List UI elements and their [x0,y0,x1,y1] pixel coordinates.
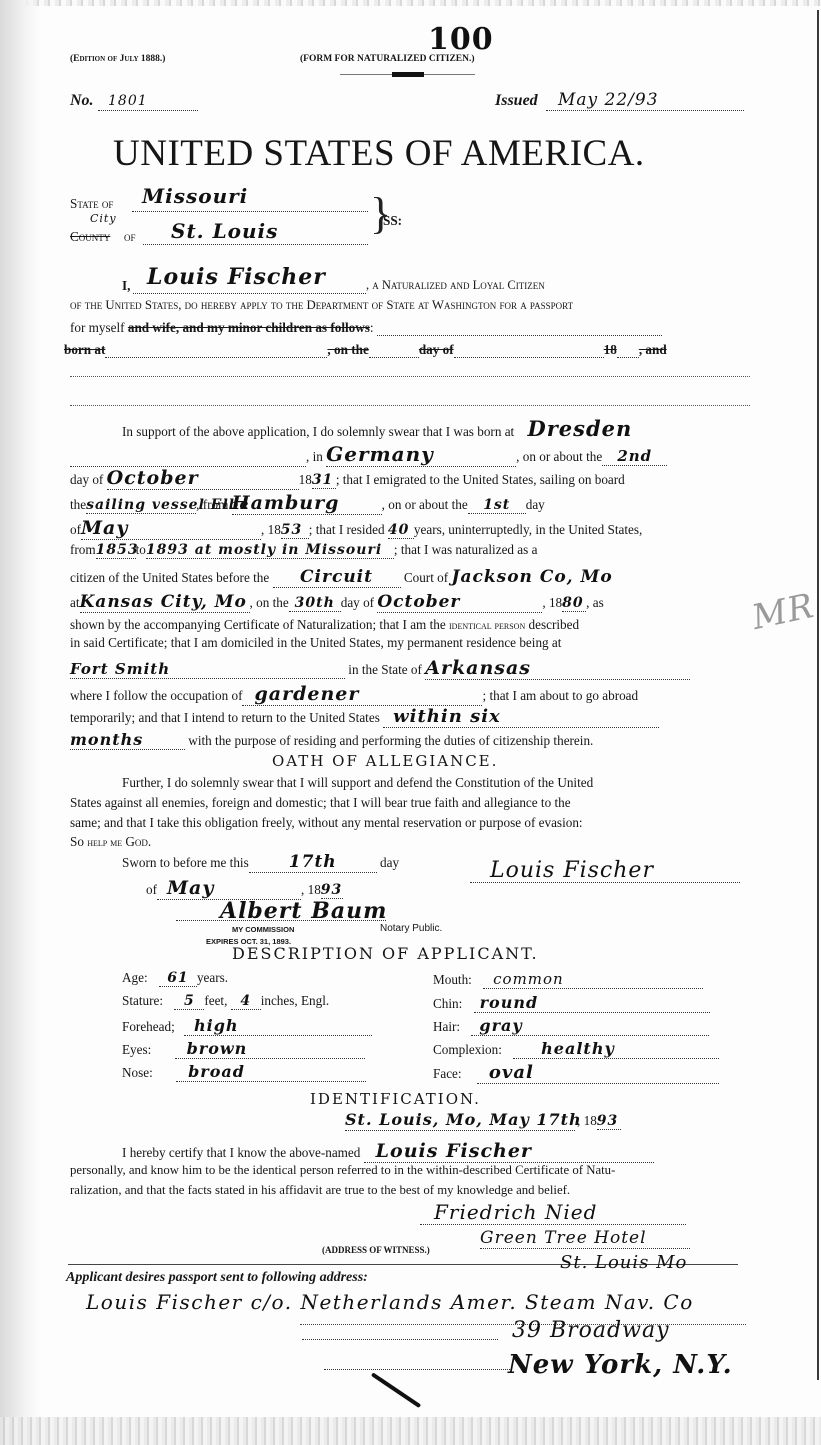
forehead-value: high [184,1016,372,1036]
oath-title: OATH OF ALLEGIANCE. [272,752,498,770]
day-label-2: day [380,855,399,870]
applicant-signature: Louis Fischer [490,858,654,883]
blank-line-2 [70,393,750,406]
complexion-label: Complexion: [433,1042,502,1057]
named-person: Louis Fischer [364,1140,654,1163]
description-title: DESCRIPTION OF APPLICANT. [232,944,539,963]
witness-address-label: (ADDRESS OF WITNESS.) [322,1245,430,1255]
forehead-label: Forehead; [122,1019,175,1034]
year-prefix-3: , 18 [542,595,562,610]
face-label: Face: [433,1066,462,1081]
residence-text: years, uninterruptedly, in the United St… [414,522,642,537]
departure-day: 1st [468,497,526,514]
witness-signature-field: Friedrich Nied [420,1200,686,1225]
departure-year: 53 [281,522,309,539]
i-label: I, [122,278,130,294]
identification-title: IDENTIFICATION. [310,1090,481,1108]
forehead-row: Forehead; high [122,1016,372,1036]
stature-feet: 5 [174,993,204,1010]
issued-label: Issued [495,92,538,110]
affidavit-line-8: atKansas City, Mo, on the30thday of Octo… [70,592,604,613]
family-blank [377,322,662,336]
affidavit-intro: In support of the above application, I d… [122,424,514,439]
complexion-row: Complexion: healthy [433,1039,719,1059]
purpose-text: with the purpose of residing and perform… [188,733,593,748]
mouth-row: Mouth: common [433,970,703,989]
chin-label: Chin: [433,996,462,1011]
birth-year: 31 [312,472,336,489]
colon: : [370,320,374,335]
departure-port: Hamburg [232,492,382,515]
affidavit-line-5: ofMay, 1853; that I resided 40years, uni… [70,517,642,540]
identical-person: identical person [449,620,525,632]
return-text: temporarily; and that I intend to return… [70,710,380,725]
age-value: 61 [159,970,197,987]
affidavit-line-6: from1853to1893 at mostly in Missouri; th… [70,542,537,559]
residence-from-year: 1853 [96,542,136,559]
number-field: 1801 [98,92,198,111]
occupation-value: gardener [242,683,482,706]
edition-note: (Edition of July 1888.) [70,54,165,64]
sworn-month: May [157,877,301,900]
identification-year-value: 93 [597,1113,621,1130]
stature-inches: 4 [231,993,261,1010]
state-of-label: in the State of [348,662,422,677]
hair-row: Hair: gray [433,1016,709,1036]
the-label: the [70,497,86,512]
return-within-2: months [70,730,185,750]
certify-text: I hereby certify that I know the above-n… [122,1145,360,1160]
state-value: Missouri [142,184,248,208]
state-label: State of [70,196,113,212]
complexion-value: healthy [513,1039,719,1059]
sworn-year: 93 [321,882,343,899]
naturalization-day: 30th [289,595,341,612]
applicant-name-value: Louis Fischer [147,264,326,290]
nose-row: Nose: broad [122,1062,366,1082]
identification-line-3: ralization, and that the facts stated in… [70,1183,570,1198]
described-text: described [529,617,580,632]
day-label: day [526,497,545,512]
notary-stamp-line-1: MY COMMISSION [232,925,294,934]
court-location: Jackson Co, Mo [451,567,612,587]
witness-address-2: St. Louis Mo [560,1252,687,1273]
face-row: Face: oval [433,1062,719,1084]
issued-value: May 22/93 [558,90,659,110]
county-label-struck: County [70,229,110,245]
and-struck: , and [639,342,667,357]
naturalization-year: 80 [562,595,586,612]
vessel-name: sailing vessel Elbe [86,497,196,514]
year-prefix: 18 [299,472,312,487]
citizen-text: , a Naturalized and Loyal Citizen [366,278,545,293]
on-the-struck: , on the [327,342,368,357]
scan-edge-top [0,0,821,6]
year-18-struck: 18 [604,342,617,357]
city-insert: City [90,212,117,225]
day-of-label: day of [70,472,103,487]
day-of-blank [454,344,604,358]
notary-signature: Albert Baum [220,898,387,924]
hair-value: gray [471,1016,709,1036]
oath-line-3: same; and that I take this obligation fr… [70,815,583,831]
court-type: Circuit [273,567,401,588]
county-of-label: of [124,229,136,245]
from-label-2: from [70,542,96,557]
inches-label: inches, Engl. [261,993,330,1008]
scan-edge-bottom [0,1417,821,1445]
face-value: oval [477,1062,719,1084]
age-label: Age: [122,970,148,985]
header-ornament-bar [392,72,424,77]
applicant-signature-field: Louis Fischer [470,858,740,883]
mailing-line-1: Louis Fischer c/o. Netherlands Amer. Ste… [86,1290,694,1314]
affidavit-line-4: thesailing vessel Elbe, from Hamburg, on… [70,492,545,515]
oath-line-2: States against all enemies, foreign and … [70,795,571,811]
identification-date-field: St. Louis, Mo, May 17th [345,1110,575,1131]
affidavit-line-2: , in Germany, on or about the2nd [70,442,667,467]
year-prefix-2: , 18 [261,522,281,537]
affidavit-line-9: shown by the accompanying Certificate of… [70,617,579,633]
feet-label: feet, [204,993,227,1008]
mailing-label: Applicant desires passport sent to follo… [66,1270,368,1286]
sworn-label: Sworn to before me this [122,855,249,870]
sworn-line: Sworn to before me this17th day [122,852,399,873]
affidavit-line-11: Fort Smith in the State of Arkansas [70,657,690,680]
chin-value: round [474,993,710,1013]
affidavit-line-12: where I follow the occupation ofgardener… [70,683,638,706]
on-the-blank [369,344,419,358]
day-of-struck: day of [419,342,454,357]
identification-year: , 1893 [577,1113,621,1130]
blank-line-1 [70,364,750,377]
at-label: at [70,595,80,610]
birth-day: 2nd [602,447,667,466]
mouth-label: Mouth: [433,972,472,987]
birthplace-city: Dresden [528,416,633,441]
god-text: God. [125,834,151,849]
naturalization-place: Kansas City, Mo [80,592,250,613]
affidavit-line-7: citizen of the United States before the … [70,567,613,588]
resided-label: ; that I resided [309,522,385,537]
margin-initials: MR [749,586,818,638]
notary-label: Notary Public. [380,923,442,934]
affidavit-line-13: temporarily; and that I intend to return… [70,706,659,728]
county-field: St. Louis [143,225,368,245]
affidavit-line-14: months with the purpose of residing and … [70,730,593,750]
age-unit: years. [197,970,228,985]
oath-line-4: So help me God. [70,834,151,850]
about-label: , on or about the [516,449,602,464]
struck-family-text: and wife, and my minor children as follo… [128,320,370,335]
application-line-3: for myself and wife, and my minor childr… [70,320,662,336]
mouth-value: common [483,970,703,989]
state-field: Missouri [132,192,368,212]
mailing-line-2: 39 Broadway [512,1318,670,1343]
affidavit-line-10: in said Certificate; that I am domiciled… [70,635,561,651]
in-label: , in [306,449,323,464]
identification-line-1: I hereby certify that I know the above-n… [122,1140,654,1163]
about-label-2: , on or about the [382,497,468,512]
for-myself-text: for myself [70,320,125,335]
day-of-label-2: day of [341,595,374,610]
notary-signature-field: Albert Baum [176,898,386,921]
identification-line-2: personally, and know him to be the ident… [70,1163,615,1178]
on-the-label: , on the [250,595,289,610]
help-me-text: help me [87,837,122,849]
to-label: to [136,542,146,557]
eyes-row: Eyes: brown [122,1039,365,1059]
pen-stroke-mark [371,1372,421,1408]
age-row: Age: 61years. [122,970,228,987]
eyes-value: brown [175,1039,365,1059]
residence-state: Arkansas [425,657,690,680]
witness-signature: Friedrich Nied [434,1200,597,1224]
applicant-name-field: Louis Fischer [133,274,366,294]
from-label: , from [196,497,228,512]
residence-city: Fort Smith [70,660,345,679]
hair-label: Hair: [433,1019,460,1034]
naturalization-month: October [377,592,542,613]
birthplace-blank [70,453,306,467]
year-prefix-5: , 18 [577,1113,597,1128]
page-title: UNITED STATES OF AMERICA. [113,132,645,175]
affidavit-line-1: In support of the above application, I d… [122,416,632,441]
court-of-label: Court of [404,570,448,585]
departure-month: May [81,517,261,540]
county-value: St. Louis [171,219,278,243]
years-resided: 40 [388,522,414,539]
abroad-text: ; that I am about to go abroad [482,688,638,703]
issued-field: May 22/93 [546,90,744,111]
number-value: 1801 [108,93,148,109]
of-label: of [70,522,81,537]
identification-place-date: St. Louis, Mo, May 17th [345,1110,582,1129]
emigrated-text: ; that I emigrated to the United States,… [336,472,625,487]
sworn-month-line: ofMay, 1893 [146,877,343,900]
so-text: So [70,834,84,849]
scan-edge-right [817,10,819,1380]
birth-month: October [107,467,299,490]
overwrite-mark: 100 [428,22,494,57]
stature-row: Stature: 5feet, 4inches, Engl. [122,993,329,1010]
witness-address-1: Green Tree Hotel [480,1228,647,1248]
occupation-label: where I follow the occupation of [70,688,242,703]
citizen-before-text: citizen of the United States before the [70,570,269,585]
passport-application-page: (Edition of July 1888.) (FORM FOR NATURA… [0,0,821,1445]
certificate-text: shown by the accompanying Certificate of… [70,617,446,632]
mailing-line-3: New York, N.Y. [508,1350,733,1380]
of-label-2: of [146,882,157,897]
nose-value: broad [176,1062,366,1082]
sworn-day: 17th [249,852,377,873]
as-label: , as [586,595,604,610]
nose-label: Nose: [122,1065,153,1080]
chin-row: Chin: round [433,993,710,1013]
ss-label: SS: [383,213,402,229]
eyes-label: Eyes: [122,1042,151,1057]
year-blank [617,344,639,358]
oath-line-1: Further, I do solemnly swear that I will… [122,775,593,791]
witness-address-field: Green Tree Hotel [480,1228,690,1249]
birth-country: Germany [326,442,516,467]
application-line-2: of the United States, do hereby apply to… [70,298,573,313]
mailing-blank-2 [302,1338,498,1340]
affidavit-line-3: day of October1831; that I emigrated to … [70,467,625,490]
born-at-blank [105,344,327,358]
residence-to: 1893 at mostly in Missouri [146,542,394,559]
stature-label: Stature: [122,993,163,1008]
return-within-1: within six [383,706,659,728]
scan-shadow-left [0,0,40,1445]
year-prefix-4: , 18 [301,882,321,897]
application-line-4: born at, on theday of18, and [64,342,667,358]
born-at-struck: born at [64,342,105,357]
mailing-blank-3 [324,1368,510,1370]
naturalized-text: ; that I was naturalized as a [394,542,538,557]
number-label: No. [70,92,94,110]
